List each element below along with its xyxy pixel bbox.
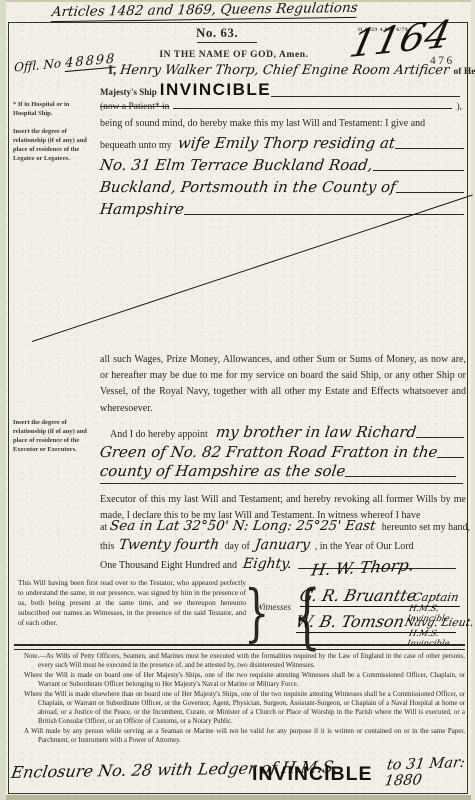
ship-line-blank	[271, 80, 460, 97]
margin-note-executor: Insert the degree of relationship (if of…	[13, 418, 87, 454]
this-label: this	[100, 541, 114, 552]
executor-line-3: county of Hampshire as the sole	[100, 462, 456, 480]
patient-clause-close: ),	[456, 102, 462, 112]
executor-blank-3	[345, 462, 456, 477]
bequeath-blank	[395, 134, 464, 149]
executor-heavy-rule	[100, 483, 463, 484]
legatee-line-2: No. 31 Elm Terrace Buckland Road,	[100, 156, 464, 174]
handwritten-header-note: Articles 1482 and 1869, Queens Regulatio…	[51, 0, 359, 22]
ship-line: Majesty's Ship INVINCIBLE	[100, 80, 460, 100]
of-her-label: of Her	[454, 67, 475, 77]
invocation-title: IN THE NAME OF GOD, Amen.	[100, 50, 368, 60]
form-border-left	[8, 22, 9, 793]
witnesses-label: Witnesses	[256, 602, 291, 612]
notes-block: Note.—As Wills of Petty Officers, Seamen…	[14, 653, 465, 747]
wages-clause: all such Wages, Prize Money, Allowances,…	[100, 352, 466, 417]
executor-line-2: Green of No. 82 Fratton Road Fratton in …	[100, 443, 464, 461]
legatee-handwriting-4: Hampshire	[99, 200, 185, 218]
appoint-label: And I do hereby appoint	[110, 429, 208, 440]
note-paragraph-1: Note.—As Wills of Petty Officers, Seamen…	[14, 653, 465, 671]
executor-handwriting-1: my brother in law Richard	[215, 423, 417, 441]
legatee-blank-2	[373, 156, 464, 171]
bequeath-label: bequeath unto my	[100, 140, 172, 151]
note-paragraph-4: A Will made by any person while serving …	[14, 728, 465, 746]
day-handwriting: Twenty fourth	[118, 537, 220, 553]
patient-clause-line: (now a Patient* in ),	[100, 102, 462, 112]
legatee-line-3: Buckland, Portsmouth in the County of	[100, 178, 464, 196]
note-paragraph-3: Where the Will is made elsewhere than on…	[14, 691, 465, 727]
official-number-block: Offl. No 48898	[13, 50, 117, 77]
executor-blank-2	[437, 443, 464, 458]
testator-line: I, Henry Walker Thorp, Chief Engine Room…	[108, 62, 464, 78]
day-of-label: day of	[225, 541, 250, 552]
testator-signature: H. W. Thorp.	[310, 555, 416, 579]
year-printed-label: One Thousand Eight Hundred and	[100, 560, 237, 571]
official-number-label: Offl. No	[14, 56, 61, 74]
margin-note-hospital: * If in Hospital or in Hospital Ship.	[13, 100, 85, 118]
ship-name-stamp: INVINCIBLE	[160, 80, 271, 100]
form-number-underline	[197, 42, 257, 43]
bequeath-line: bequeath unto my wife Emily Thorp residi…	[100, 134, 464, 152]
patient-clause-struck: (now a Patient* in	[100, 102, 169, 112]
appoint-blank	[416, 423, 464, 438]
form-border-bottom	[8, 793, 468, 794]
scanned-will-document: Articles 1482 and 1869, Queens Regulatio…	[0, 0, 475, 800]
legatee-handwriting-3: Buckland, Portsmouth in the County of	[99, 178, 397, 196]
attestation-brace-close: }	[244, 578, 269, 649]
at-label: at	[100, 522, 107, 533]
notes-double-rule	[14, 644, 465, 650]
witness1-signature: G. R. Bruantte	[298, 586, 419, 605]
witness1-rank: Captain	[412, 590, 461, 604]
patient-clause-blank	[173, 102, 452, 109]
place-handwriting: Sea in Lat 32°50' N: Long: 25°25' East	[109, 518, 376, 534]
executor-handwriting-2: Green of No. 82 Fratton Road Fratton in …	[99, 443, 439, 461]
legatee-blank-4	[184, 200, 464, 215]
majestys-ship-label: Majesty's Ship	[100, 87, 157, 97]
month-handwriting: January	[254, 537, 311, 553]
witness2-signature: W. B. Tomson	[294, 612, 406, 631]
appoint-line: And I do hereby appoint my brother in la…	[110, 423, 464, 441]
testator-name-rank: Henry Walker Thorp, Chief Engine Room Ar…	[119, 63, 450, 78]
margin-note-legatee: Insert the degree of relationship (if of…	[13, 127, 87, 163]
legatee-handwriting-1: wife Emily Thorp residing at	[177, 134, 396, 152]
enclosure-handwriting-post: to 31 Mar: 1880	[383, 754, 475, 789]
form-border-right	[467, 22, 468, 793]
year-handwriting: Eighty.	[242, 556, 293, 572]
place-line: at Sea in Lat 32°50' N: Long: 25°25' Eas…	[100, 518, 466, 534]
i-label: I,	[108, 62, 116, 78]
note-paragraph-2: Where the Will is made on board one of H…	[14, 672, 465, 690]
legatee-blank-3	[396, 178, 464, 193]
legatee-handwriting-2: No. 31 Elm Terrace Buckland Road,	[99, 156, 374, 174]
date-line: this Twenty fourth day of January , in t…	[100, 537, 466, 553]
hereunto-label: hereunto set my hand,	[382, 522, 470, 533]
enclosure-ship-stamp: INVINCIBLE	[252, 763, 373, 786]
year-lead-label: , in the Year of Our Lord	[315, 541, 414, 552]
sound-mind-line: being of sound mind, do hereby make this…	[100, 118, 466, 129]
executor-handwriting-3: county of Hampshire as the sole	[99, 462, 347, 480]
witness2-rank: Navg. Lieut.	[404, 616, 475, 629]
attestation-clause: This Will having been first read over to…	[18, 578, 246, 628]
form-number: No. 63.	[196, 25, 238, 41]
